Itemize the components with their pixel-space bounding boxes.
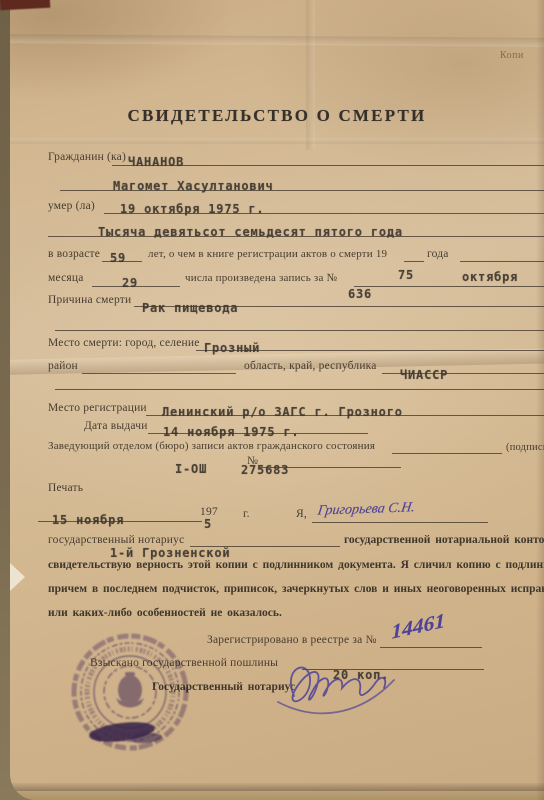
given-name-typed: Магомет Хасултанович [113, 179, 274, 193]
registration-label: Место регистрации [48, 402, 147, 414]
office-typed: 1-й Грозненской [110, 546, 230, 560]
copy-corner-label: Копи [500, 50, 524, 61]
age-text: лет, о чем в книге регистрации актов о с… [148, 248, 387, 260]
rule-line [55, 329, 544, 331]
certificate-paper: Копи СВИДЕТЕЛЬСТВО О СМЕРТИ Гражданин (к… [10, 0, 544, 800]
age-label: в возрасте [48, 248, 100, 260]
death-place-typed: Грозный [204, 341, 260, 355]
certify-line-3: или каких-либо особенностей не оказалось… [48, 607, 282, 619]
year-unit-label: г. [243, 508, 250, 520]
scanned-death-certificate: Копи СВИДЕТЕЛЬСТВО О СМЕРТИ Гражданин (к… [0, 0, 544, 800]
registry-number-handwritten: 14461 [391, 608, 445, 644]
paper-tear-notch [10, 563, 25, 591]
issue-date-label: Дата выдачи [84, 420, 148, 432]
rule-line [354, 285, 544, 287]
region-label: область, край, республика [244, 360, 377, 372]
notary-name-handwritten: Григорьева С.Н. [317, 500, 416, 519]
cause-typed: Рак пищевода [142, 301, 238, 315]
notary-signature [262, 648, 412, 733]
issue-date-typed: 14 ноября 1975 г. [163, 425, 299, 439]
age-typed: 59 [110, 251, 126, 265]
notary-date-typed: 15 ноября [52, 513, 124, 527]
certify-line-2: причем в последнем подчисток, приписок, … [48, 583, 544, 595]
district-label: район [48, 360, 78, 372]
i-label: Я, [296, 508, 307, 520]
rule-line [460, 260, 544, 262]
citizen-label: Гражданин (ка) [48, 151, 126, 163]
rule-line [82, 372, 236, 374]
record-number-typed: 636 [348, 287, 372, 301]
record-month-typed: октября [462, 270, 518, 284]
death-date-typed: 19 октября 1975 г. [120, 202, 264, 216]
series-typed: I-ОШ [175, 462, 207, 476]
registrar-label: Заведующий отделом (бюро) записи актов г… [48, 440, 375, 452]
paper-crease-vertical [306, 0, 315, 150]
cause-label: Причина смерти [48, 294, 131, 306]
rule-line [55, 388, 544, 390]
rule-line [312, 521, 488, 523]
record-label: числа произведена запись за № [185, 272, 337, 284]
seal-label: Печать [48, 482, 83, 494]
signature-hint-label: (подпись) [506, 442, 544, 453]
paper-bottom-band [10, 791, 544, 800]
paper-crease-top [10, 34, 544, 47]
office-suffix-label: государственной нотариальной конторы [344, 534, 544, 546]
paper-crease-upper [10, 138, 544, 144]
registration-typed: Ленинский р/о ЗАГС г. Грозного [162, 405, 403, 419]
surname-typed: ЧАНАНОВ [128, 155, 184, 169]
year-typed: 5 [204, 517, 212, 531]
paper-bottom-edge [10, 783, 544, 792]
record-year-typed: 75 [398, 268, 414, 282]
rule-line [404, 260, 424, 262]
month-label: месяца [48, 272, 84, 284]
certificate-title: СВИДЕТЕЛЬСТВО О СМЕРТИ [10, 106, 544, 126]
region-typed: ЧИАССР [400, 368, 448, 382]
certify-line-1: свидетельствую верность этой копии с под… [48, 559, 544, 571]
registry-label: Зарегистрировано в реестре за № [207, 634, 377, 646]
number-typed: 275683 [241, 463, 289, 477]
year-suffix: года [427, 248, 449, 260]
notary-label: государственный нотариус [48, 534, 184, 546]
day-typed: 29 [122, 276, 138, 290]
notary-round-seal-stamp [62, 628, 202, 768]
died-label: умер (ла) [48, 200, 95, 212]
death-year-words-typed: Тысяча девятьсот семьдесят пятого года [98, 225, 403, 239]
death-place-label: Место смерти: город, селение [48, 337, 200, 349]
rule-line [392, 452, 502, 454]
